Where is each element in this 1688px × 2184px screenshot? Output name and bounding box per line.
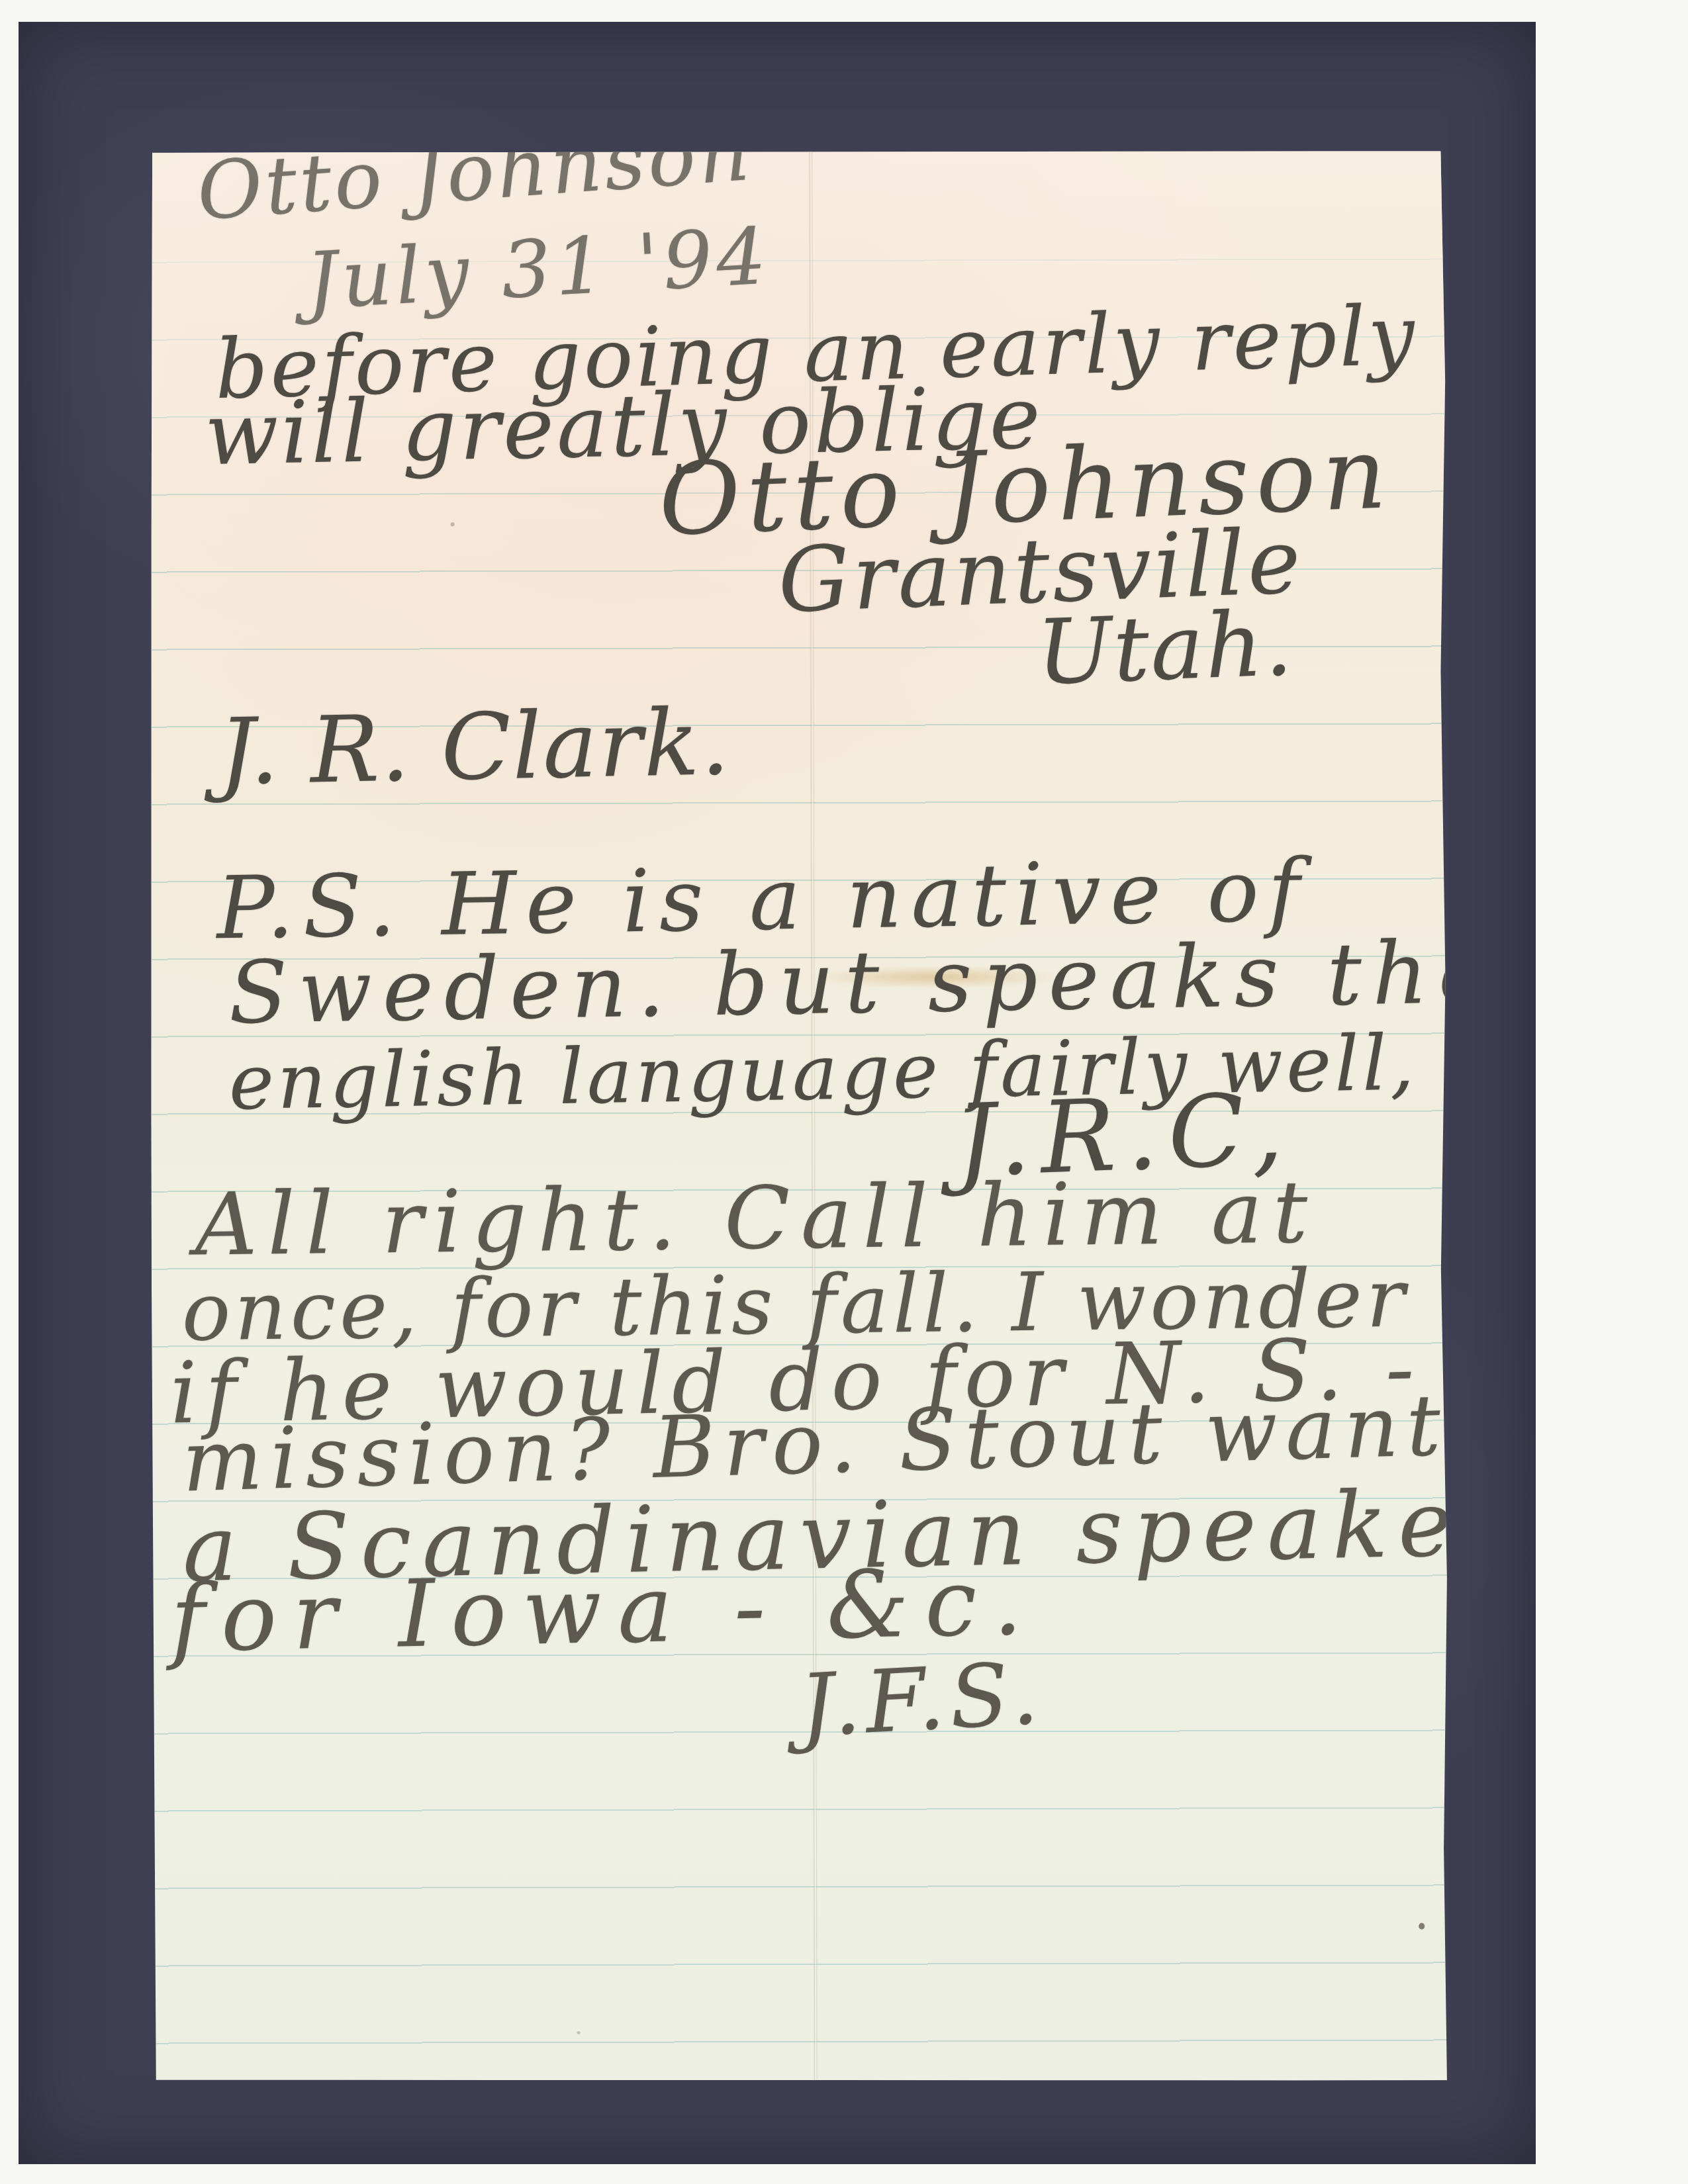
addressee-line: J. R. Clark. — [218, 690, 731, 805]
album-mat: Otto Johnson July 31 '94 before going an… — [19, 22, 1536, 2164]
paper-speck — [577, 2031, 581, 2034]
letter-paper: Otto Johnson July 31 '94 before going an… — [148, 149, 1451, 2083]
paper-speck — [451, 522, 455, 526]
paper-speck — [1419, 1923, 1425, 1930]
scanned-letter-page: Otto Johnson July 31 '94 before going an… — [0, 0, 1688, 2184]
signature-state: Utah. — [1035, 592, 1295, 705]
reply-note-initials: J.F.S. — [797, 1644, 1046, 1756]
